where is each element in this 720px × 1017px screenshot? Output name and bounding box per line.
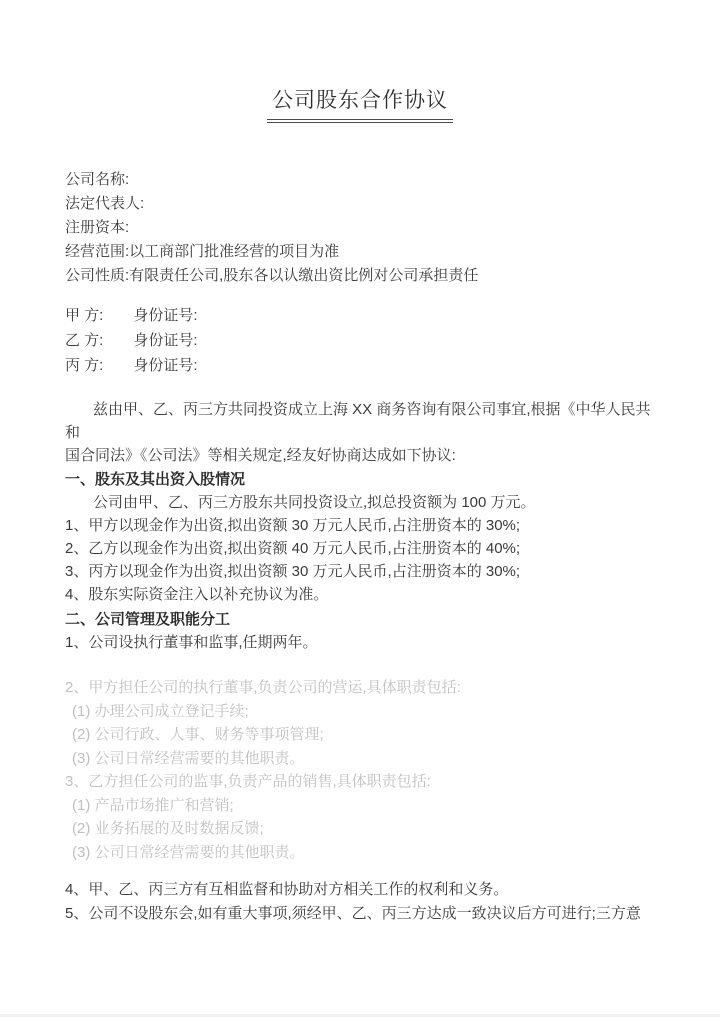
- party-label: 丙 方:: [65, 357, 103, 374]
- party-row-jia: 甲 方:身份证号:: [65, 303, 660, 328]
- director-duties-line: 2、甲方担任公司的执行董事,负责公司的营运,具体职责包括:: [65, 676, 660, 700]
- section2-block: 二、公司管理及职能分工 1、公司设执行董事和监事,任期两年。: [65, 608, 660, 654]
- party-row-bing: 丙 方:身份证号:: [65, 353, 660, 378]
- party-label: 乙 方:: [65, 332, 103, 349]
- section1-block: 一、股东及其出资入股情况 公司由甲、乙、丙三方股东共同投资设立,拟总投资额为 1…: [65, 468, 660, 606]
- parties-block: 甲 方:身份证号: 乙 方:身份证号: 丙 方:身份证号:: [65, 303, 660, 378]
- id-number-label: 身份证号:: [133, 307, 197, 324]
- reg-capital-line: 注册资本:: [65, 216, 660, 240]
- supervisor-duties-line: 3、乙方担任公司的监事,负责产品的销售,具体职责包括:: [65, 770, 660, 794]
- contribution-item-4: 4、股东实际资金注入以补充协议为准。: [65, 583, 660, 606]
- tail-items-block: 4、甲、乙、丙三方有互相监督和协助对方相关工作的权利和义务。 5、公司不设股东会…: [65, 878, 660, 926]
- id-number-label: 身份证号:: [133, 357, 197, 374]
- legal-rep-line: 法定代表人:: [65, 192, 660, 216]
- party-label: 甲 方:: [65, 307, 103, 324]
- supervisor-duty-3: (3) 公司日常经营需要的其他职责。: [65, 841, 660, 865]
- id-number-label: 身份证号:: [133, 332, 197, 349]
- company-name-line: 公司名称:: [65, 168, 660, 192]
- section1-intro: 公司由甲、乙、丙三方股东共同投资设立,拟总投资额为 100 万元。: [65, 491, 660, 514]
- section1-heading: 一、股东及其出资入股情况: [65, 468, 660, 491]
- shareholder-meeting-item: 5、公司不设股东会,如有重大事项,须经甲、乙、丙三方达成一致决议后方可进行;三方…: [65, 902, 660, 926]
- company-nature-line: 公司性质:有限责任公司,股东各以认缴出资比例对公司承担责任: [65, 264, 660, 288]
- supervisor-duty-1: (1) 产品市场推广和营销;: [65, 794, 660, 818]
- company-info-block: 公司名称: 法定代表人: 注册资本: 经营范围:以工商部门批准经营的项目为准 公…: [65, 168, 660, 288]
- intro-line: 国合同法》《公司法》等相关规定,经友好协商达成如下协议:: [65, 444, 660, 467]
- director-duty-3: (3) 公司日常经营需要的其他职责。: [65, 747, 660, 771]
- management-item-1: 1、公司设执行董事和监事,任期两年。: [65, 631, 660, 654]
- director-duty-2: (2) 公司行政、人事、财务等事项管理;: [65, 723, 660, 747]
- director-duty-1: (1) 办理公司成立登记手续;: [65, 700, 660, 724]
- faded-duties-block: 2、甲方担任公司的执行董事,负责公司的营运,具体职责包括: (1) 办理公司成立…: [65, 676, 660, 864]
- title-block: 公司股东合作协议: [0, 84, 720, 123]
- supervisor-duty-2: (2) 业务拓展的及时数据反馈;: [65, 817, 660, 841]
- contribution-item-2: 2、乙方以现金作为出资,拟出资额 40 万元人民币,占注册资本的 40%;: [65, 537, 660, 560]
- document-title: 公司股东合作协议: [267, 84, 453, 123]
- business-scope-line: 经营范围:以工商部门批准经营的项目为准: [65, 240, 660, 264]
- section2-heading: 二、公司管理及职能分工: [65, 608, 660, 631]
- contract-document-page: 公司股东合作协议 公司名称: 法定代表人: 注册资本: 经营范围:以工商部门批准…: [0, 0, 720, 1017]
- contribution-item-3: 3、丙方以现金作为出资,拟出资额 30 万元人民币,占注册资本的 30%;: [65, 560, 660, 583]
- contribution-item-1: 1、甲方以现金作为出资,拟出资额 30 万元人民币,占注册资本的 30%;: [65, 514, 660, 537]
- supervision-item: 4、甲、乙、丙三方有互相监督和协助对方相关工作的权利和义务。: [65, 878, 660, 902]
- intro-line: 兹由甲、乙、丙三方共同投资成立上海 XX 商务咨询有限公司事宜,根据《中华人民共…: [65, 398, 660, 444]
- intro-paragraph: 兹由甲、乙、丙三方共同投资成立上海 XX 商务咨询有限公司事宜,根据《中华人民共…: [65, 398, 660, 467]
- party-row-yi: 乙 方:身份证号:: [65, 328, 660, 353]
